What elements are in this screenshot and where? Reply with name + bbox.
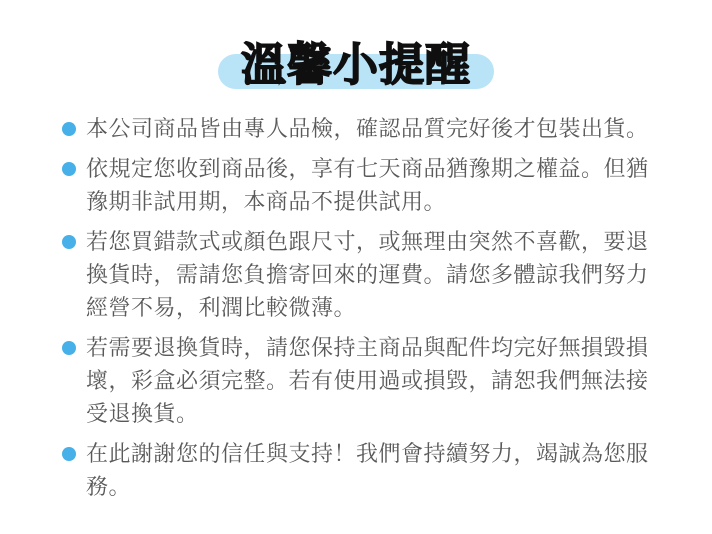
reminder-list: 本公司商品皆由專人品檢，確認品質完好後才包裝出貨。 依規定您收到商品後，享有七天… [0, 89, 712, 503]
title-row: 溫馨小提醒 [0, 0, 712, 89]
bullet-dot-icon [62, 122, 76, 136]
list-item: 在此謝謝您的信任與支持！我們會持續努力，竭誠為您服 務。 [62, 437, 672, 503]
list-item: 若需要退換貨時，請您保持主商品與配件均完好無損毀損 壞，彩盒必須完整。若有使用過… [62, 331, 672, 430]
bullet-dot-icon [62, 447, 76, 461]
bullet-text: 若需要退換貨時，請您保持主商品與配件均完好無損毀損 壞，彩盒必須完整。若有使用過… [86, 331, 649, 430]
bullet-dot-icon [62, 235, 76, 249]
title-wrap: 溫馨小提醒 [218, 41, 494, 89]
list-item: 本公司商品皆由專人品檢，確認品質完好後才包裝出貨。 [62, 112, 672, 145]
bullet-text: 若您買錯款式或顏色跟尺寸，或無理由突然不喜歡，要退 換貨時，需請您負擔寄回來的運… [86, 225, 649, 324]
bullet-text: 在此謝謝您的信任與支持！我們會持續努力，竭誠為您服 務。 [86, 437, 649, 503]
bullet-dot-icon [62, 341, 76, 355]
page-title: 溫馨小提醒 [241, 41, 471, 89]
bullet-text: 依規定您收到商品後，享有七天商品猶豫期之權益。但猶 豫期非試用期，本商品不提供試… [86, 152, 649, 218]
reminder-notice: 溫馨小提醒 本公司商品皆由專人品檢，確認品質完好後才包裝出貨。 依規定您收到商品… [0, 0, 712, 534]
list-item: 依規定您收到商品後，享有七天商品猶豫期之權益。但猶 豫期非試用期，本商品不提供試… [62, 152, 672, 218]
bullet-dot-icon [62, 162, 76, 176]
list-item: 若您買錯款式或顏色跟尺寸，或無理由突然不喜歡，要退 換貨時，需請您負擔寄回來的運… [62, 225, 672, 324]
bullet-text: 本公司商品皆由專人品檢，確認品質完好後才包裝出貨。 [86, 112, 649, 145]
